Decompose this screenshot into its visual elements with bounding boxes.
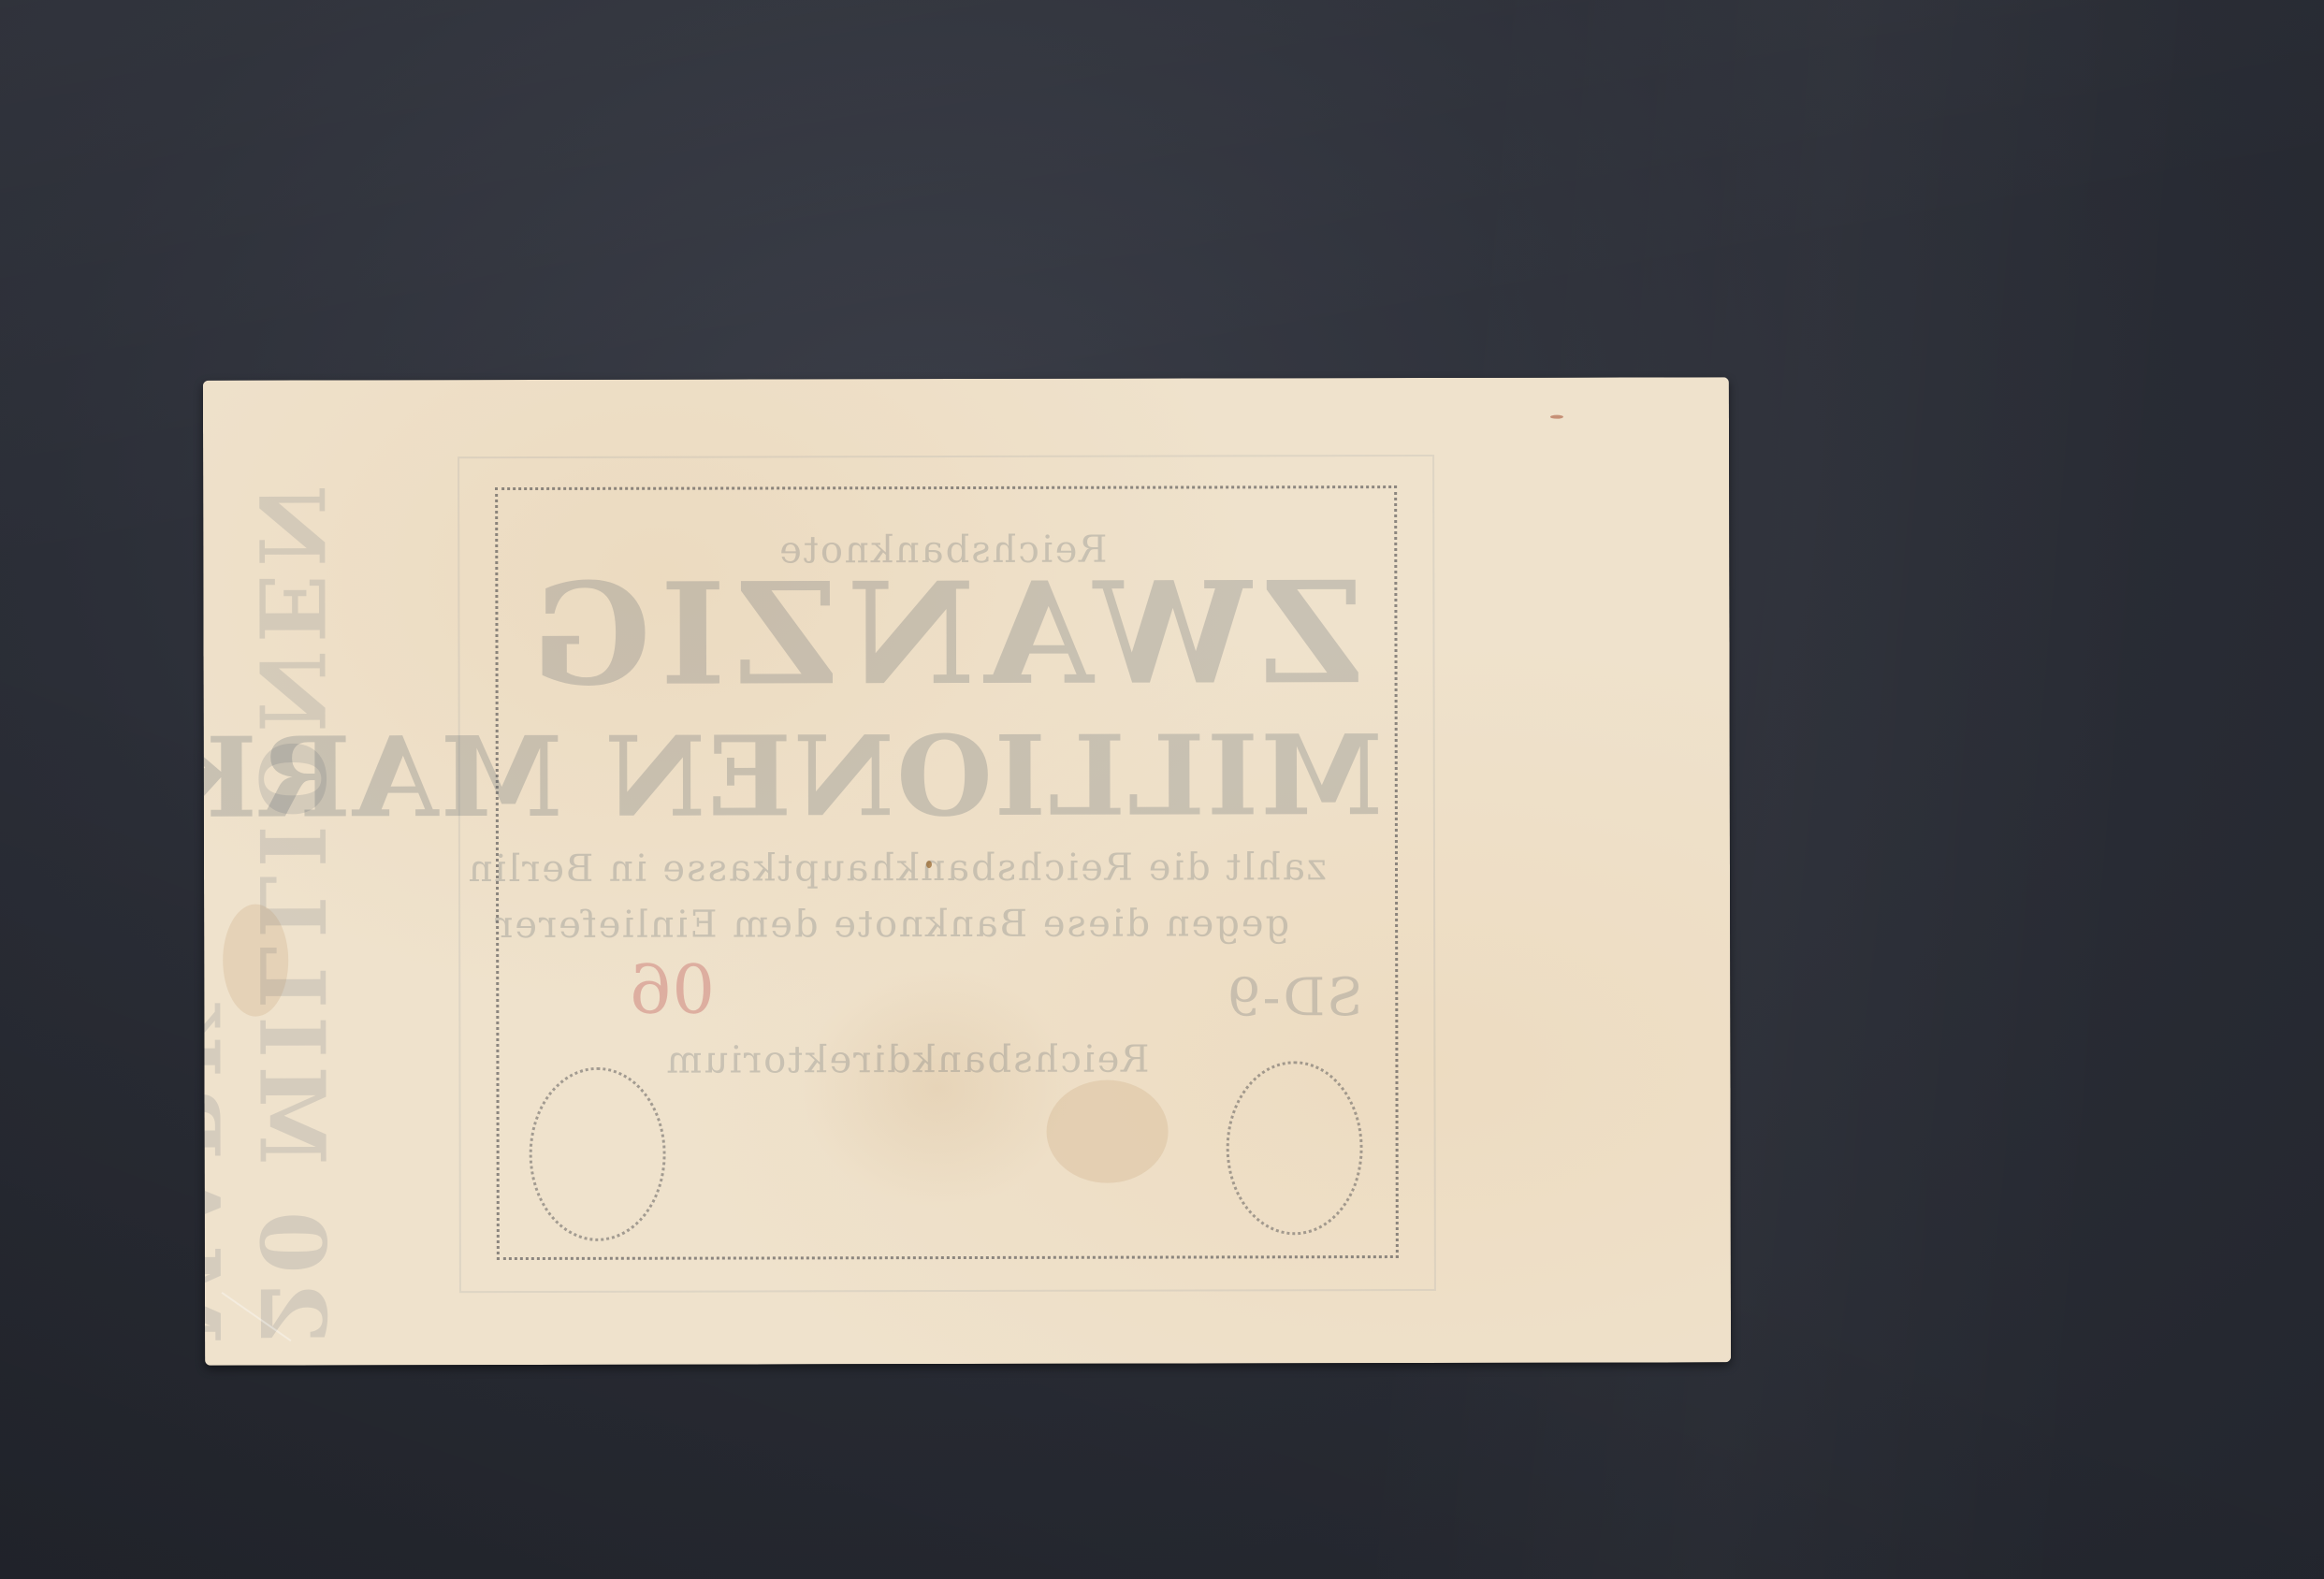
age-stain xyxy=(223,905,288,1017)
banknote-reverse: 20 MILLIONEN MARK Reichsbanknote ZWANZIG… xyxy=(203,377,1731,1365)
bleed-serial-prefix: SD-9 xyxy=(1214,967,1373,1028)
bleed-denomination: ZWANZIG xyxy=(512,551,1373,717)
side-bleed-text: 20 MILLIONEN MARK xyxy=(240,398,345,1343)
bleed-serial-red: 06 xyxy=(597,949,747,1028)
bleed-unit: MILLIONEN MARK xyxy=(503,710,1383,842)
bleed-line-2: gegen diese Banknote dem Einlieferer xyxy=(597,902,1289,947)
ink-fleck xyxy=(1550,415,1563,419)
bleed-line-1: zahlt die Reichsbankhauptkasse in Berlin xyxy=(559,846,1327,891)
right-seal-bleed xyxy=(1226,1061,1362,1235)
age-stain xyxy=(1046,1080,1168,1183)
ink-fleck xyxy=(926,861,932,868)
bleed-bottom-line: Reichsbankdirektorium xyxy=(728,1038,1149,1082)
left-seal-bleed xyxy=(529,1067,665,1241)
